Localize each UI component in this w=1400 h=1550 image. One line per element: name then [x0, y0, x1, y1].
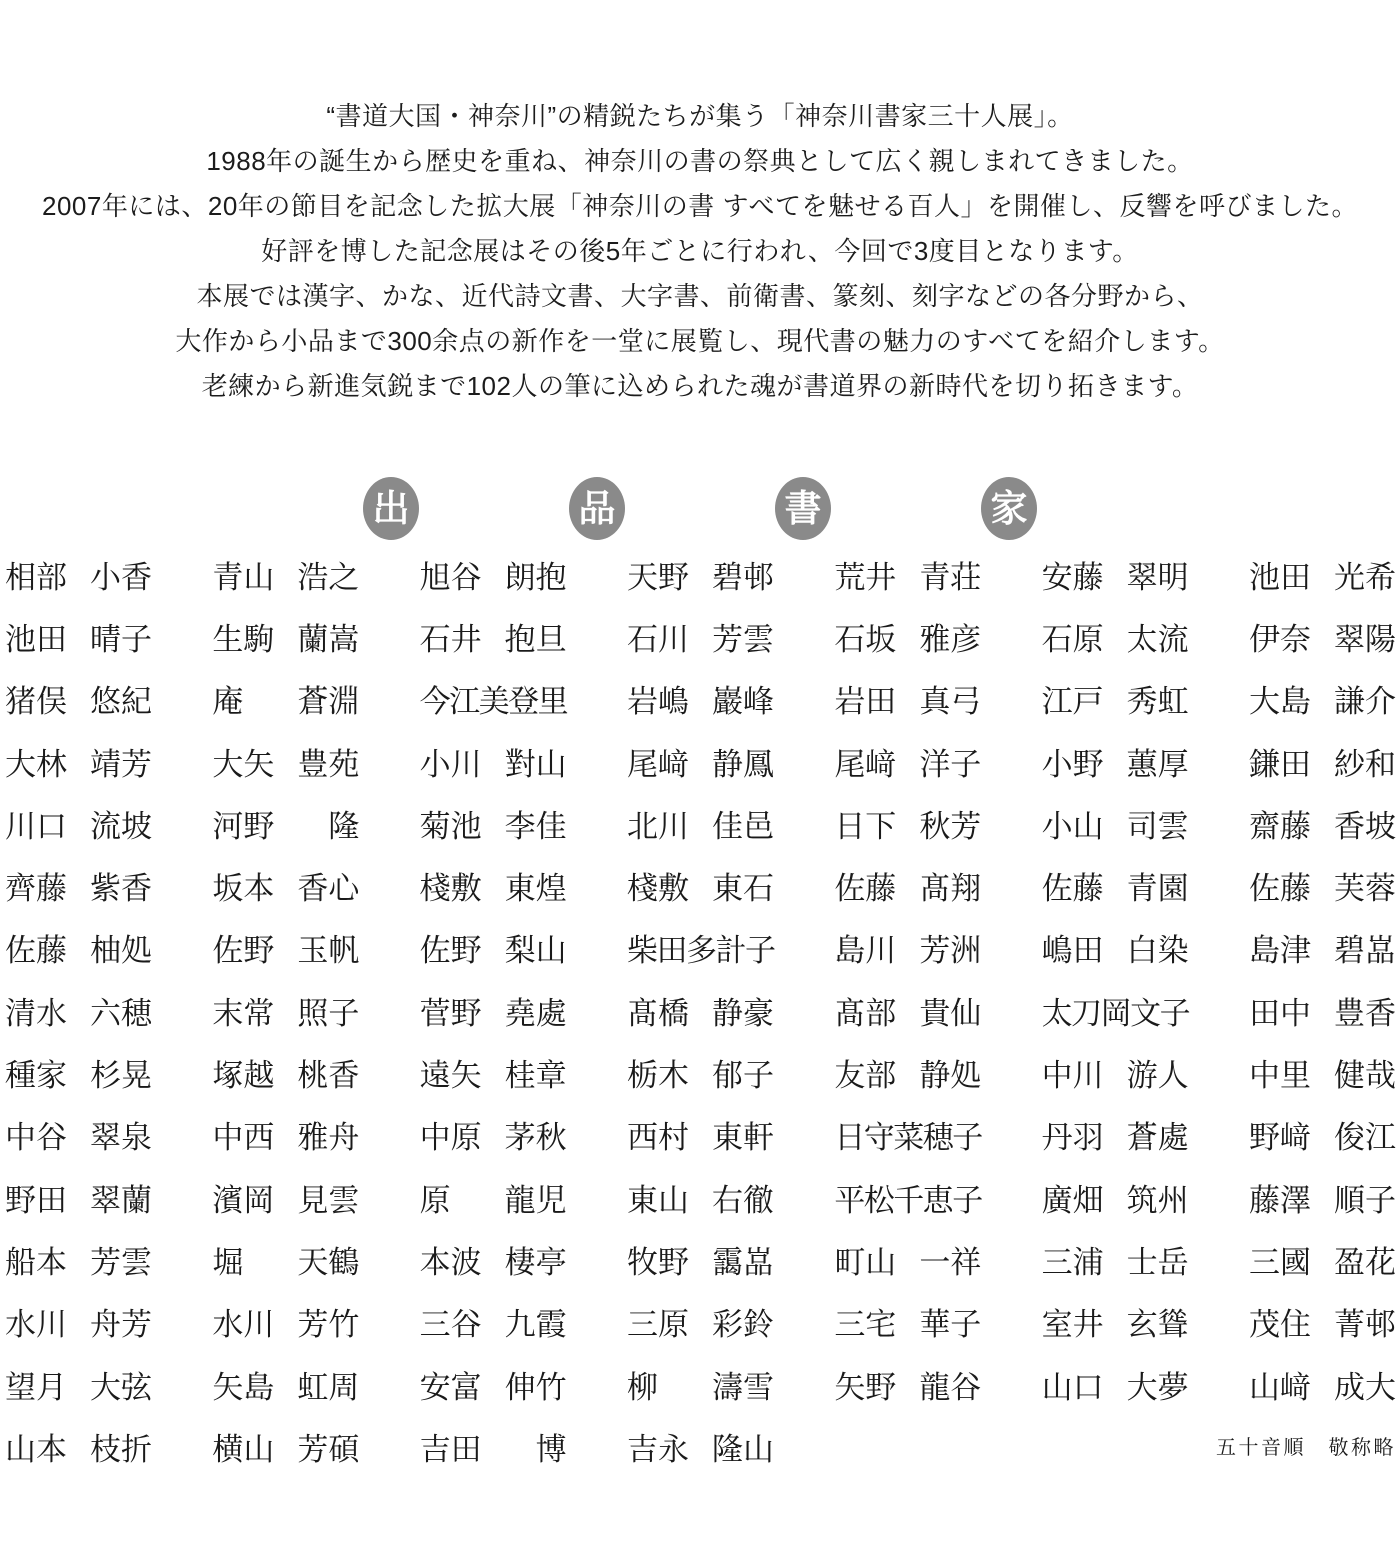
exhibitor-name: 棧敷東石	[627, 873, 774, 904]
exhibitor-name: 佐藤青園	[1042, 873, 1189, 904]
exhibitor-name: 横山芳碩	[212, 1434, 359, 1465]
family-name: 髙部	[834, 998, 896, 1029]
given-name: 桃香	[297, 1060, 359, 1091]
given-name: 柚処	[90, 935, 152, 966]
given-name: 虹周	[297, 1372, 359, 1403]
family-name: 庵	[212, 686, 243, 717]
given-name: 茅秋	[505, 1122, 567, 1153]
given-name: 天鶴	[297, 1247, 359, 1278]
family-name: 石川	[627, 624, 689, 655]
exhibitor-name: 中川游人	[1042, 1060, 1189, 1091]
intro-line: 1988年の誕生から歴史を重ね、神奈川の書の祭典として広く親しまれてきました。	[0, 139, 1400, 184]
exhibitor-name: 三宅華子	[834, 1309, 981, 1340]
given-name: 東煌	[505, 873, 567, 904]
section-header-exhibiting-calligraphers: 出 品 書 家	[0, 477, 1400, 540]
given-name: 玉帆	[297, 935, 359, 966]
given-name: 筑州	[1127, 1185, 1189, 1216]
family-name: 柳	[627, 1372, 658, 1403]
exhibitor-name: 塚越桃香	[212, 1060, 359, 1091]
exhibitor-name: 髙部貴仙	[834, 998, 981, 1029]
exhibitor-name: 太刀岡文子	[1042, 998, 1189, 1029]
given-name: 芳雲	[90, 1247, 152, 1278]
given-name: 小香	[90, 562, 152, 593]
family-name: 菊池	[420, 811, 482, 842]
exhibitor-name: 今江美登里	[420, 686, 567, 717]
exhibitor-name: 庵蒼淵	[212, 686, 359, 717]
exhibitor-name: 鎌田紗和	[1249, 749, 1396, 780]
given-name: 靖芳	[90, 749, 152, 780]
given-name: 佳邑	[712, 811, 774, 842]
family-name: 佐藤	[5, 935, 67, 966]
family-name: 田中	[1249, 998, 1311, 1029]
exhibitor-name: 天野碧邨	[627, 562, 774, 593]
given-name: 靄嵓	[712, 1247, 774, 1278]
given-name: 舟芳	[90, 1309, 152, 1340]
given-name: 棲亭	[505, 1247, 567, 1278]
exhibitor-name: 佐藤芙蓉	[1249, 873, 1396, 904]
section-header-circle: 品	[569, 477, 625, 540]
given-name: 大夢	[1127, 1372, 1189, 1403]
family-name: 水川	[5, 1309, 67, 1340]
exhibitor-name: 牧野靄嵓	[627, 1247, 774, 1278]
exhibitor-grid: 五十音順 敬称略 相部小香池田晴子猪俣悠紀大林靖芳川口流坡齊藤紫香佐藤柚処清水六…	[5, 546, 1396, 1480]
given-name: 隆	[328, 811, 359, 842]
section-header-circle: 出	[363, 477, 419, 540]
given-name: 紫香	[90, 873, 152, 904]
given-name: 秀虹	[1127, 686, 1189, 717]
exhibitor-name: 柳濤雪	[627, 1372, 774, 1403]
given-name: 静鳳	[712, 749, 774, 780]
family-name: 三宅	[834, 1309, 896, 1340]
family-name: 野﨑	[1249, 1122, 1311, 1153]
exhibitor-name: 堀天鶴	[212, 1247, 359, 1278]
given-name: 蘭嵩	[297, 624, 359, 655]
given-name: 太流	[1127, 624, 1189, 655]
family-name: 山﨑	[1249, 1372, 1311, 1403]
exhibitor-name: 石井抱旦	[420, 624, 567, 655]
family-name: 北川	[627, 811, 689, 842]
exhibitor-name: 猪俣悠紀	[5, 686, 152, 717]
family-name: 江戸	[1042, 686, 1104, 717]
exhibitor-name: 日下秋芳	[834, 811, 981, 842]
family-name: 佐野	[420, 935, 482, 966]
exhibitor-name: 坂本香心	[212, 873, 359, 904]
given-name: 一祥	[919, 1247, 981, 1278]
exhibitor-name: 濱岡見雲	[212, 1185, 359, 1216]
family-name: 野田	[5, 1185, 67, 1216]
exhibitor-name: 佐野玉帆	[212, 935, 359, 966]
family-name: 山口	[1042, 1372, 1104, 1403]
exhibitor-name: 伊奈翠陽	[1249, 624, 1396, 655]
given-name: 郁子	[712, 1060, 774, 1091]
exhibitor-name: 末常照子	[212, 998, 359, 1029]
exhibitor-name: 尾﨑静鳳	[627, 749, 774, 780]
exhibitor-name: 齊藤紫香	[5, 873, 152, 904]
family-name: 池田	[5, 624, 67, 655]
section-header-circle: 書	[775, 477, 831, 540]
intro-text: “書道大国・神奈川”の精鋭たちが集う「神奈川書家三十人展」。 1988年の誕生か…	[0, 94, 1400, 409]
family-name: 中原	[420, 1122, 482, 1153]
given-name: 蒼處	[1127, 1122, 1189, 1153]
exhibitor-name: 島津碧嵓	[1249, 935, 1396, 966]
exhibitor-name: 嶋田白染	[1042, 935, 1189, 966]
given-name: 碧嵓	[1334, 935, 1396, 966]
family-name: 小野	[1042, 749, 1104, 780]
given-name: 士岳	[1127, 1247, 1189, 1278]
given-name: 芳碩	[297, 1434, 359, 1465]
exhibitor-name: 田中豊香	[1249, 998, 1396, 1029]
given-name: 李佳	[505, 811, 567, 842]
given-name: 大弦	[90, 1372, 152, 1403]
family-name: 伊奈	[1249, 624, 1311, 655]
family-name: 栃木	[627, 1060, 689, 1091]
family-name: 矢島	[212, 1372, 274, 1403]
exhibitor-name: 丹羽蒼處	[1042, 1122, 1189, 1153]
given-name: 秋芳	[919, 811, 981, 842]
given-name: 見雲	[297, 1185, 359, 1216]
family-name: 尾﨑	[834, 749, 896, 780]
family-name: 佐藤	[1042, 873, 1104, 904]
given-name: 翠陽	[1334, 624, 1396, 655]
family-name: 佐藤	[834, 873, 896, 904]
given-name: 東石	[712, 873, 774, 904]
exhibitor-name: 茂住菁邨	[1249, 1309, 1396, 1340]
family-name: 中西	[212, 1122, 274, 1153]
exhibitor-name: 三國盈花	[1249, 1247, 1396, 1278]
family-name: 丹羽	[1042, 1122, 1104, 1153]
given-name: 青荘	[919, 562, 981, 593]
family-name: 石井	[420, 624, 482, 655]
given-name: 隆山	[712, 1434, 774, 1465]
given-name: 成大	[1334, 1372, 1396, 1403]
exhibitor-name: 町山一祥	[834, 1247, 981, 1278]
family-name: 三谷	[420, 1309, 482, 1340]
family-name: 塚越	[212, 1060, 274, 1091]
intro-line: “書道大国・神奈川”の精鋭たちが集う「神奈川書家三十人展」。	[0, 94, 1400, 139]
family-name: 西村	[627, 1122, 689, 1153]
exhibitor-name: 遠矢桂章	[420, 1060, 567, 1091]
given-name: 順子	[1334, 1185, 1396, 1216]
exhibitor-name: 三原彩鈴	[627, 1309, 774, 1340]
given-name: 豊苑	[297, 749, 359, 780]
given-name: 玄聳	[1127, 1309, 1189, 1340]
family-name: 横山	[212, 1434, 274, 1465]
family-name: 天野	[627, 562, 689, 593]
family-name: 青山	[212, 562, 274, 593]
given-name: 巖峰	[712, 686, 774, 717]
exhibitor-name: 石原太流	[1042, 624, 1189, 655]
family-name: 末常	[212, 998, 274, 1029]
family-name: 棧敷	[627, 873, 689, 904]
family-name: 島川	[834, 935, 896, 966]
full-name: 太刀岡文子	[1042, 998, 1190, 1029]
family-name: 島津	[1249, 935, 1311, 966]
family-name: 三原	[627, 1309, 689, 1340]
family-name: 大島	[1249, 686, 1311, 717]
family-name: 濱岡	[212, 1185, 274, 1216]
family-name: 原	[420, 1185, 451, 1216]
given-name: 貴仙	[919, 998, 981, 1029]
exhibitor-name: 三谷九霞	[420, 1309, 567, 1340]
family-name: 日下	[834, 811, 896, 842]
family-name: 三浦	[1042, 1247, 1104, 1278]
exhibitor-name: 川口流坡	[5, 811, 152, 842]
exhibitor-name: 山口大夢	[1042, 1372, 1189, 1403]
given-name: 照子	[297, 998, 359, 1029]
exhibitor-name: 柴田多計子	[627, 935, 774, 966]
exhibitor-name: 安富伸竹	[420, 1372, 567, 1403]
exhibitor-name: 青山浩之	[212, 562, 359, 593]
family-name: 吉永	[627, 1434, 689, 1465]
given-name: 翠泉	[90, 1122, 152, 1153]
exhibitor-name: 安藤翠明	[1042, 562, 1189, 593]
given-name: 蒼淵	[297, 686, 359, 717]
family-name: 棧敷	[420, 873, 482, 904]
family-name: 小川	[420, 749, 482, 780]
given-name: 光希	[1334, 562, 1396, 593]
given-name: 華子	[919, 1309, 981, 1340]
exhibitor-name: 荒井青荘	[834, 562, 981, 593]
given-name: 梨山	[505, 935, 567, 966]
exhibitor-name: 山﨑成大	[1249, 1372, 1396, 1403]
exhibitor-name: 友部静処	[834, 1060, 981, 1091]
exhibitor-name: 菊池李佳	[420, 811, 567, 842]
given-name: 雅彦	[919, 624, 981, 655]
family-name: 種家	[5, 1060, 67, 1091]
exhibitor-name: 野田翠蘭	[5, 1185, 152, 1216]
given-name: 俊江	[1334, 1122, 1396, 1153]
exhibitor-name: 菅野堯處	[420, 998, 567, 1029]
exhibitor-name: 小野蕙厚	[1042, 749, 1189, 780]
intro-line: 大作から小品まで300余点の新作を一堂に展覧し、現代書の魅力のすべてを紹介します…	[0, 319, 1400, 364]
given-name: 静処	[919, 1060, 981, 1091]
family-name: 中谷	[5, 1122, 67, 1153]
family-name: 荒井	[834, 562, 896, 593]
sort-order-note: 五十音順 敬称略	[1042, 1431, 1396, 1460]
family-name: 齊藤	[5, 873, 67, 904]
given-name: 謙介	[1334, 686, 1396, 717]
given-name: 健哉	[1334, 1060, 1396, 1091]
exhibitor-name: 東山右徹	[627, 1185, 774, 1216]
given-name: 盈花	[1334, 1247, 1396, 1278]
exhibitor-name: 佐藤柚処	[5, 935, 152, 966]
exhibitor-name: 藤澤順子	[1249, 1185, 1396, 1216]
family-name: 齋藤	[1249, 811, 1311, 842]
given-name: 司雲	[1127, 811, 1189, 842]
family-name: 茂住	[1249, 1309, 1311, 1340]
given-name: 菁邨	[1334, 1309, 1396, 1340]
family-name: 尾﨑	[627, 749, 689, 780]
given-name: 對山	[505, 749, 567, 780]
given-name: 碧邨	[712, 562, 774, 593]
exhibitor-name: 野﨑俊江	[1249, 1122, 1396, 1153]
given-name: 博	[536, 1434, 567, 1465]
exhibitor-name: 山本枝折	[5, 1434, 152, 1465]
family-name: 鎌田	[1249, 749, 1311, 780]
given-name: 芳雲	[712, 624, 774, 655]
given-name: 翠明	[1127, 562, 1189, 593]
section-header-circle: 家	[981, 477, 1037, 540]
full-name: 日守菜穂子	[834, 1122, 982, 1153]
exhibitor-name: 江戸秀虹	[1042, 686, 1189, 717]
exhibitor-name: 小山司雲	[1042, 811, 1189, 842]
exhibitor-name: 小川對山	[420, 749, 567, 780]
given-name: 芳洲	[919, 935, 981, 966]
exhibitor-name: 北川佳邑	[627, 811, 774, 842]
exhibitor-name: 船本芳雲	[5, 1247, 152, 1278]
family-name: 望月	[5, 1372, 67, 1403]
exhibitor-name: 水川芳竹	[212, 1309, 359, 1340]
family-name: 廣畑	[1042, 1185, 1104, 1216]
given-name: 流坡	[90, 811, 152, 842]
family-name: 岩嶋	[627, 686, 689, 717]
family-name: 坂本	[212, 873, 274, 904]
given-name: 九霞	[505, 1309, 567, 1340]
exhibitor-name: 平松千恵子	[834, 1185, 981, 1216]
given-name: 抱旦	[505, 624, 567, 655]
family-name: 生駒	[212, 624, 274, 655]
exhibitor-name: 池田晴子	[5, 624, 152, 655]
family-name: 遠矢	[420, 1060, 482, 1091]
given-name: 右徹	[712, 1185, 774, 1216]
exhibitor-name: 石川芳雲	[627, 624, 774, 655]
family-name: 中川	[1042, 1060, 1104, 1091]
exhibitor-name: 栃木郁子	[627, 1060, 774, 1091]
family-name: 本波	[420, 1247, 482, 1278]
exhibitor-name: 河野隆	[212, 811, 359, 842]
exhibitor-name: 石坂雅彦	[834, 624, 981, 655]
family-name: 河野	[212, 811, 274, 842]
given-name: 静豪	[712, 998, 774, 1029]
given-name: 雅舟	[297, 1122, 359, 1153]
exhibitor-name: 島川芳洲	[834, 935, 981, 966]
exhibitor-name: 齋藤香坡	[1249, 811, 1396, 842]
family-name: 佐野	[212, 935, 274, 966]
family-name: 旭谷	[420, 562, 482, 593]
exhibitor-name: 中谷翠泉	[5, 1122, 152, 1153]
family-name: 町山	[834, 1247, 896, 1278]
family-name: 髙橋	[627, 998, 689, 1029]
family-name: 堀	[212, 1247, 243, 1278]
exhibitor-name: 岩田真弓	[834, 686, 981, 717]
exhibitor-name: 棧敷東煌	[420, 873, 567, 904]
family-name: 安富	[420, 1372, 482, 1403]
given-name: 桂章	[505, 1060, 567, 1091]
exhibitor-name: 生駒蘭嵩	[212, 624, 359, 655]
family-name: 水川	[212, 1309, 274, 1340]
family-name: 岩田	[834, 686, 896, 717]
given-name: 白染	[1127, 935, 1189, 966]
given-name: 彩鈴	[712, 1309, 774, 1340]
exhibitor-name: 佐野梨山	[420, 935, 567, 966]
given-name: 洋子	[919, 749, 981, 780]
exhibitor-name: 佐藤髙翔	[834, 873, 981, 904]
family-name: 石坂	[834, 624, 896, 655]
given-name: 枝折	[90, 1434, 152, 1465]
family-name: 嶋田	[1042, 935, 1104, 966]
exhibitor-name: 本波棲亭	[420, 1247, 567, 1278]
family-name: 佐藤	[1249, 873, 1311, 904]
exhibitor-name: 原龍児	[420, 1185, 567, 1216]
given-name: 翠蘭	[90, 1185, 152, 1216]
intro-line: 老練から新進気鋭まで102人の筆に込められた魂が書道界の新時代を切り拓きます。	[0, 364, 1400, 409]
full-name: 柴田多計子	[627, 935, 775, 966]
given-name: 朗抱	[505, 562, 567, 593]
given-name: 真弓	[919, 686, 981, 717]
family-name: 船本	[5, 1247, 67, 1278]
exhibition-announcement-page: { "page": { "background_color": "#ffffff…	[0, 0, 1400, 1550]
family-name: 三國	[1249, 1247, 1311, 1278]
exhibitor-name: 大島謙介	[1249, 686, 1396, 717]
family-name: 東山	[627, 1185, 689, 1216]
family-name: 大林	[5, 749, 67, 780]
given-name: 游人	[1127, 1060, 1189, 1091]
exhibitor-name: 大林靖芳	[5, 749, 152, 780]
family-name: 中里	[1249, 1060, 1311, 1091]
exhibitor-name: 清水六穂	[5, 998, 152, 1029]
family-name: 室井	[1042, 1309, 1104, 1340]
given-name: 伸竹	[505, 1372, 567, 1403]
family-name: 吉田	[420, 1434, 482, 1465]
given-name: 杉晃	[90, 1060, 152, 1091]
family-name: 川口	[5, 811, 67, 842]
exhibitor-name: 中原茅秋	[420, 1122, 567, 1153]
given-name: 濤雪	[712, 1372, 774, 1403]
exhibitor-name: 水川舟芳	[5, 1309, 152, 1340]
family-name: 菅野	[420, 998, 482, 1029]
exhibitor-name: 髙橋静豪	[627, 998, 774, 1029]
family-name: 安藤	[1042, 562, 1104, 593]
exhibitor-name: 矢島虹周	[212, 1372, 359, 1403]
given-name: 東軒	[712, 1122, 774, 1153]
exhibitor-name: 中西雅舟	[212, 1122, 359, 1153]
exhibitor-name: 尾﨑洋子	[834, 749, 981, 780]
family-name: 池田	[1249, 562, 1311, 593]
intro-line: 本展では漢字、かな、近代詩文書、大字書、前衛書、篆刻、刻字などの各分野から、	[0, 274, 1400, 319]
exhibitor-name: 日守菜穂子	[834, 1122, 981, 1153]
full-name: 今江美登里	[420, 686, 568, 717]
exhibitor-name: 矢野龍谷	[834, 1372, 981, 1403]
exhibitor-name: 相部小香	[5, 562, 152, 593]
exhibitor-name: 旭谷朗抱	[420, 562, 567, 593]
family-name: 相部	[5, 562, 67, 593]
exhibitor-name: 三浦士岳	[1042, 1247, 1189, 1278]
exhibitor-name: 大矢豊苑	[212, 749, 359, 780]
full-name: 平松千恵子	[834, 1185, 982, 1216]
given-name: 六穂	[90, 998, 152, 1029]
exhibitor-name: 吉田博	[420, 1434, 567, 1465]
given-name: 堯處	[505, 998, 567, 1029]
given-name: 香心	[297, 873, 359, 904]
given-name: 芙蓉	[1334, 873, 1396, 904]
given-name: 蕙厚	[1127, 749, 1189, 780]
intro-line: 好評を博した記念展はその後5年ごとに行われ、今回で3度目となります。	[0, 229, 1400, 274]
family-name: 猪俣	[5, 686, 67, 717]
given-name: 紗和	[1334, 749, 1396, 780]
exhibitor-name: 吉永隆山	[627, 1434, 774, 1465]
family-name: 山本	[5, 1434, 67, 1465]
exhibitor-name: 種家杉晃	[5, 1060, 152, 1091]
given-name: 龍児	[505, 1185, 567, 1216]
family-name: 牧野	[627, 1247, 689, 1278]
intro-line: 2007年には、20年の節目を記念した拡大展「神奈川の書 すべてを魅せる百人」を…	[0, 184, 1400, 229]
given-name: 青園	[1127, 873, 1189, 904]
family-name: 友部	[834, 1060, 896, 1091]
exhibitor-name: 池田光希	[1249, 562, 1396, 593]
given-name: 豊香	[1334, 998, 1396, 1029]
exhibitor-name: 望月大弦	[5, 1372, 152, 1403]
exhibitor-name: 西村東軒	[627, 1122, 774, 1153]
